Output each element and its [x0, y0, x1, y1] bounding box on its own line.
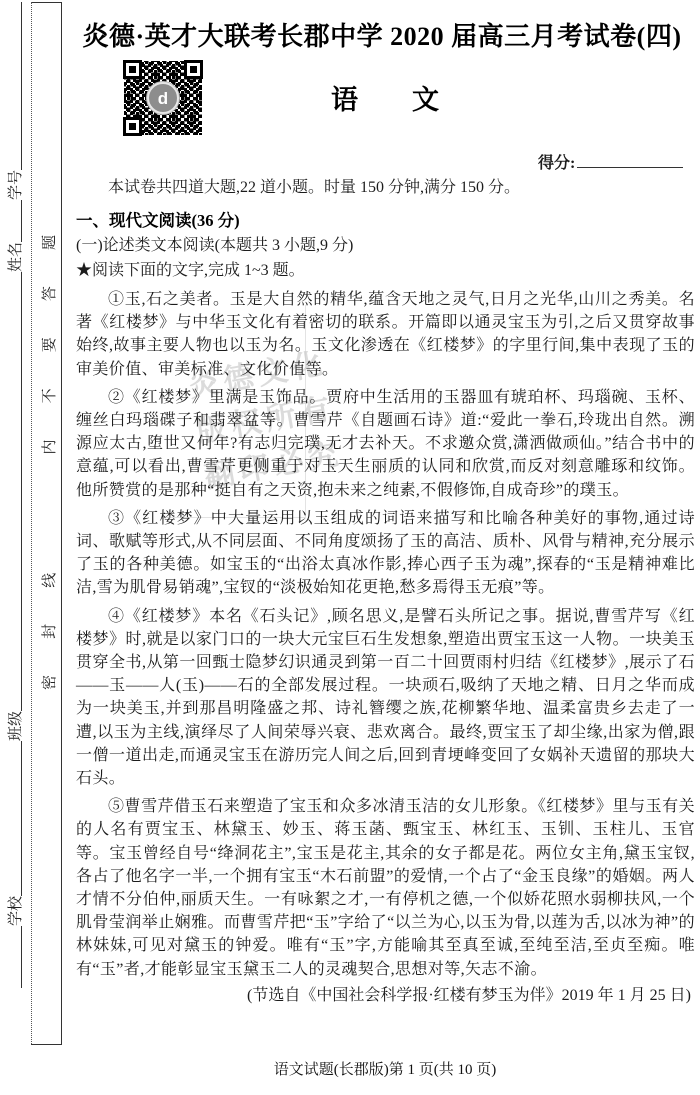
reading-instruction: ★阅读下面的文字,完成 1~3 题。	[76, 258, 695, 283]
seal-char: 线	[38, 573, 59, 588]
blank-line	[7, 272, 22, 711]
blank-line	[7, 926, 22, 988]
seal-char: 内	[38, 440, 59, 455]
qr-finder-bottom-left	[123, 117, 142, 136]
score-blank-line	[577, 152, 683, 168]
score-label: 得分:	[538, 155, 575, 172]
seal-char: 封	[38, 624, 59, 639]
field-label-school: 学校	[4, 896, 25, 926]
exam-intro: 本试卷共四道大题,22 道小题。时量 150 分钟,满分 150 分。	[76, 176, 695, 200]
passage-paragraph-1: ①玉,石之美者。玉是大自然的精华,蕴含天地之灵气,日月之光华,山川之秀美。名著《…	[76, 288, 695, 381]
seal-char: 不	[38, 388, 59, 403]
exam-page: 学校 班级 姓名 学号 密 封 线 内 不 要 答 题 炎德文化 版权所有 翻印…	[0, 0, 700, 1095]
blank-line	[7, 741, 22, 896]
subject-title: 语 文	[76, 78, 694, 117]
qr-finder-top-left	[123, 60, 142, 79]
reading-passage-section: 一、现代文阅读(36 分) (一)论述类文本阅读(本题共 3 小题,9 分) ★…	[76, 208, 695, 1008]
qr-finder-top-right	[184, 60, 203, 79]
seal-line-top-cap	[31, 2, 62, 3]
seal-solid-rule	[61, 2, 62, 1044]
seal-char: 密	[38, 675, 59, 690]
seal-line-bottom-cap	[31, 1044, 62, 1045]
passage-paragraph-2: ②《红楼梦》里满是玉饰品。贾府中生活用的玉器皿有琥珀杯、玛瑙碗、玉杯、缠丝白玛瑙…	[76, 386, 695, 502]
seal-char: 答	[38, 286, 59, 301]
blank-line	[7, 2, 22, 170]
subsection-heading: (一)论述类文本阅读(本题共 3 小题,9 分)	[76, 233, 695, 258]
score-field: 得分:	[538, 150, 683, 173]
passage-paragraph-4: ④《红楼梦》本名《石头记》,顾名思义,是譬石头所记之事。据说,曹雪芹写《红楼梦》…	[76, 605, 695, 791]
field-label-class: 班级	[4, 711, 25, 741]
seal-line-text: 密 封 线 内 不 要 答 题	[37, 235, 60, 690]
seal-char: 题	[38, 235, 59, 250]
passage-source: (节选自《中国社会科学报·红楼有梦玉为伴》2019 年 1 月 25 日)	[76, 984, 695, 1008]
page-footer: 语文试题(长郡版)第 1 页(共 10 页)	[76, 1058, 694, 1079]
seal-dotted-rule	[31, 2, 32, 1044]
seal-char: 要	[38, 337, 59, 352]
student-info-fields: 学校 班级 姓名 学号	[3, 2, 26, 988]
blank-line	[7, 200, 22, 242]
passage-paragraph-3: ③《红楼梦》中大量运用以玉组成的词语来描写和比喻各种美好的事物,通过诗词、歌赋等…	[76, 507, 695, 600]
field-label-student-id: 学号	[4, 170, 25, 200]
field-label-name: 姓名	[4, 242, 25, 272]
passage-paragraph-5: ⑤曹雪芹借玉石来塑造了宝玉和众多冰清玉洁的女儿形象。《红楼梦》里与玉有关的人名有…	[76, 795, 695, 981]
section-heading: 一、现代文阅读(36 分)	[76, 208, 695, 233]
exam-title: 炎德·英才大联考长郡中学 2020 届高三月考试卷(四)	[70, 16, 694, 53]
